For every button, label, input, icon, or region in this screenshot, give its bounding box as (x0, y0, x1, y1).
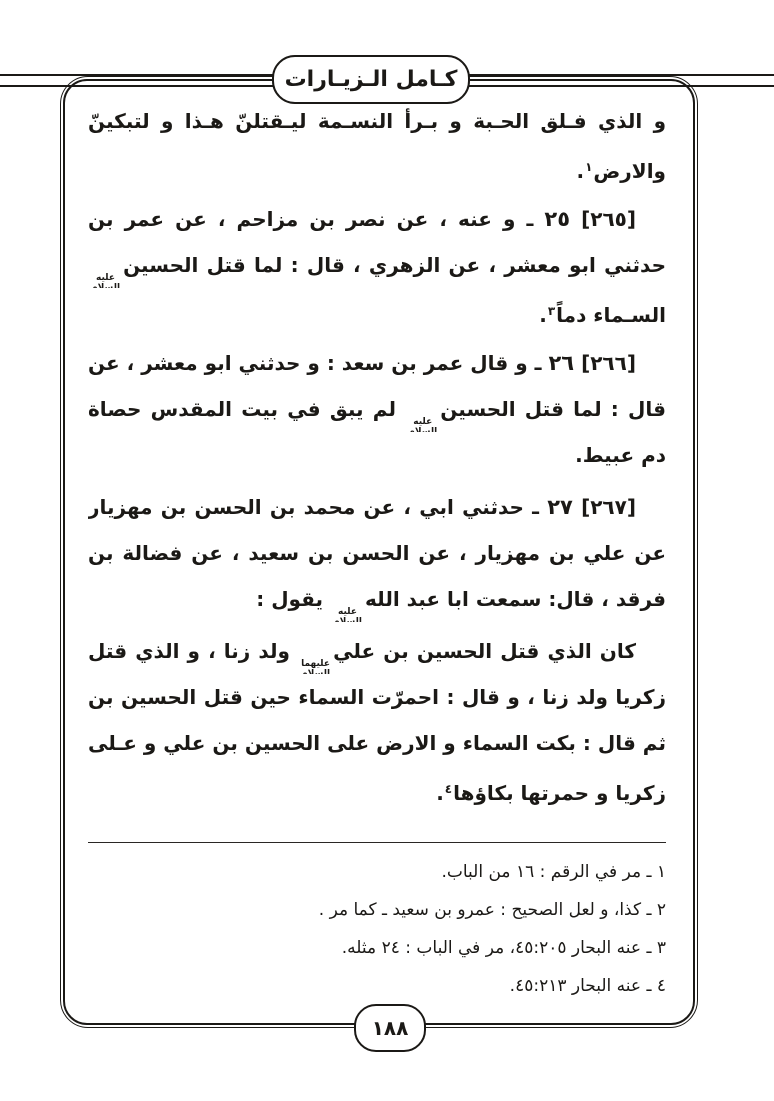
text-line: عن علي بن مهزيار ، عن الحسن بن سعيد ، عن… (88, 530, 666, 576)
alayhi-salam-mark: عليهالسلام (408, 417, 437, 432)
footnote-line: ٤ ـ عنه البحار ٤٥:٢١٣. (88, 967, 666, 1005)
footnote-separator-rule (88, 842, 666, 843)
page-number: ١٨٨ (372, 1016, 409, 1040)
paragraph: [٢٦٥] ٢٥ ـ و عنه ، عن نصر بن مزاحم ، عن … (88, 196, 666, 334)
text-line: زكريا و حمرتها بكاؤها٤. (88, 766, 666, 812)
text-block: و الذي فـلق الحـبة و بـرأ النسـمة ليـقتل… (88, 98, 666, 818)
text-line: زكريا ولد زنا ، و قال : احمرّت السماء حي… (88, 674, 666, 720)
text-line: و الذي فـلق الحـبة و بـرأ النسـمة ليـقتل… (88, 98, 666, 144)
text-line: [٢٦٧] ٢٧ ـ حدثني ابي ، عن محمد بن الحسن … (88, 484, 666, 530)
alayhi-salam-mark: عليهالسلام (91, 273, 120, 288)
text-line: ثم قال : بكت السماء و الارض على الحسين ب… (88, 720, 666, 766)
header-title-capsule: كـامل الـزيـارات (272, 55, 470, 104)
footnotes-block: ١ ـ مر في الرقم : ١٦ من الباب.٢ ـ كذا، و… (88, 842, 666, 1005)
alayhi-salam-mark: عليهماالسلام (301, 659, 330, 674)
text-line: والارض١. (88, 144, 666, 190)
text-line: كان الذي قتل الحسين بن عليعليهماالسلام و… (88, 628, 666, 674)
footnote-marker: ١ (585, 160, 592, 174)
alayhi-salam-mark: عليهالسلام (333, 607, 362, 622)
text-line: [٢٦٦] ٢٦ ـ و قال عمر بن سعد : و حدثني اب… (88, 340, 666, 386)
book-title: كـامل الـزيـارات (285, 67, 458, 92)
text-line: قال : لما قتل الحسينعليهالسلام لم يبق في… (88, 386, 666, 432)
text-line: السـماء دماً٣. (88, 288, 666, 334)
footnote-marker: ٣ (548, 304, 555, 318)
footnote-line: ٣ ـ عنه البحار ٤٥:٢٠٥، مر في الباب : ٢٤ … (88, 929, 666, 967)
paragraph: [٢٦٦] ٢٦ ـ و قال عمر بن سعد : و حدثني اب… (88, 340, 666, 478)
text-line: دم عبيط. (88, 432, 666, 478)
text-line: فرقد ، قال: سمعت ابا عبد اللهعليهالسلام … (88, 576, 666, 622)
footnote-line: ١ ـ مر في الرقم : ١٦ من الباب. (88, 853, 666, 891)
footnote-line: ٢ ـ كذا، و لعل الصحيح : عمرو بن سعيد ـ ك… (88, 891, 666, 929)
paragraph: و الذي فـلق الحـبة و بـرأ النسـمة ليـقتل… (88, 98, 666, 190)
footnote-items: ١ ـ مر في الرقم : ١٦ من الباب.٢ ـ كذا، و… (88, 853, 666, 1005)
paragraph: كان الذي قتل الحسين بن عليعليهماالسلام و… (88, 628, 666, 812)
footnote-marker: ٤ (445, 782, 452, 796)
page-number-capsule: ١٨٨ (354, 1004, 426, 1052)
text-line: حدثني ابو معشر ، عن الزهري ، قال : لما ق… (88, 242, 666, 288)
paragraph: [٢٦٧] ٢٧ ـ حدثني ابي ، عن محمد بن الحسن … (88, 484, 666, 622)
book-page: { "theme": { "ink": "#1b1916", "paper": … (0, 0, 774, 1101)
text-line: [٢٦٥] ٢٥ ـ و عنه ، عن نصر بن مزاحم ، عن … (88, 196, 666, 242)
